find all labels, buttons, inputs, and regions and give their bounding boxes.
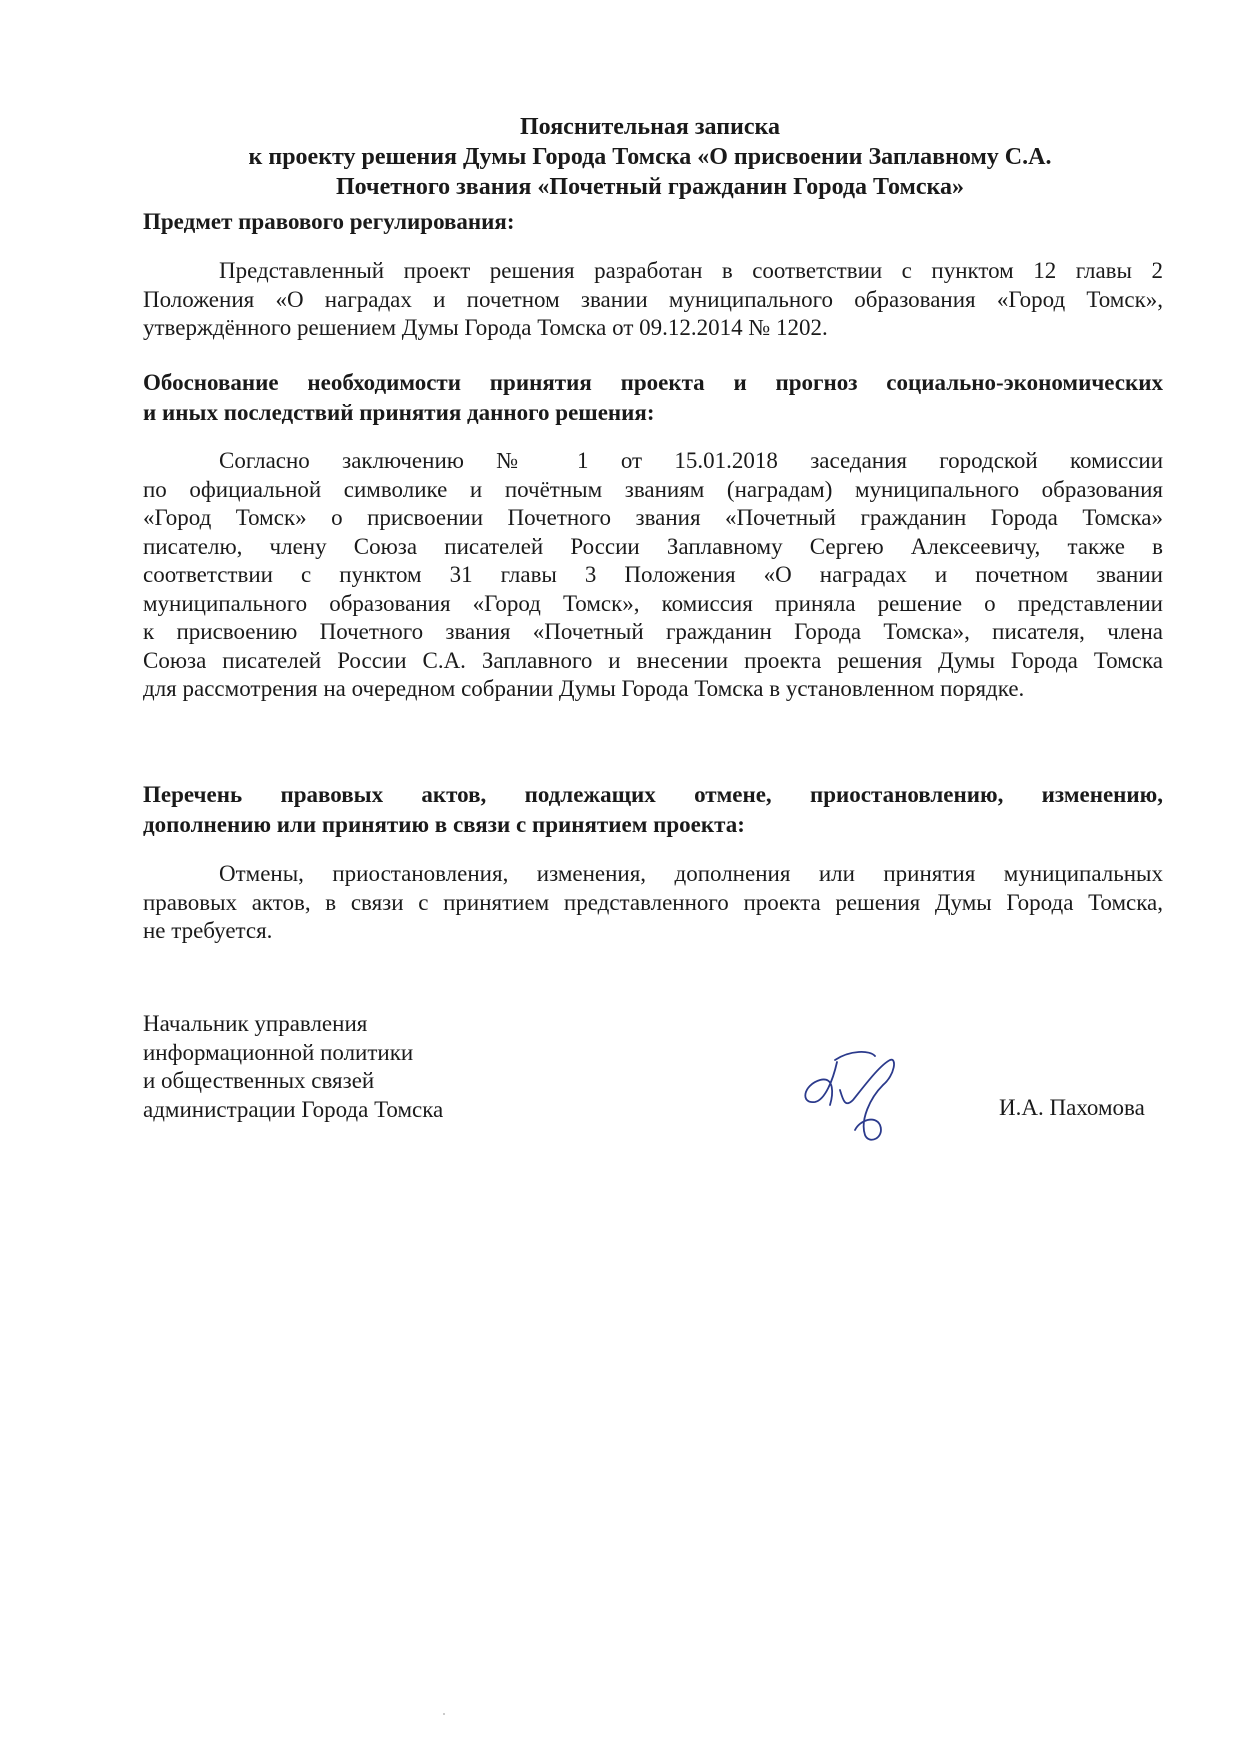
document-page: Пояснительная записка к проекту решения … <box>0 0 1240 1753</box>
section-heading-justification: Обоснование необходимости принятия проек… <box>143 368 1163 428</box>
section-paragraph-subject: Представленный проект решения разработан… <box>143 257 1163 343</box>
section-paragraph-justification: Согласно заключению № 1 от 15.01.2018 за… <box>143 447 1163 704</box>
heading-line: и иных последствий принятия данного реше… <box>143 398 1163 428</box>
paragraph-line: Положения «О наградах и почетном звании … <box>143 286 1163 315</box>
position-line: администрации Города Томска <box>143 1096 443 1125</box>
paragraph-line: писателю, члену Союза писателей России З… <box>143 533 1163 562</box>
position-line: и общественных связей <box>143 1067 443 1096</box>
title-line: Почетного звания «Почетный гражданин Гор… <box>140 172 1160 202</box>
paragraph-line: утверждённого решением Думы Города Томск… <box>143 314 1163 343</box>
heading-line: дополнению или принятию в связи с принят… <box>143 810 1163 840</box>
paragraph-line: Отмены, приостановления, изменения, допо… <box>143 860 1163 889</box>
section-heading-subject: Предмет правового регулирования: <box>143 207 1163 237</box>
signatory-position: Начальник управления информационной поли… <box>143 1010 443 1124</box>
heading-line: Обоснование необходимости принятия проек… <box>143 368 1163 398</box>
paragraph-line: правовых актов, в связи с принятием пред… <box>143 889 1163 918</box>
paragraph-line: для рассмотрения на очередном собрании Д… <box>143 675 1163 704</box>
position-line: информационной политики <box>143 1039 443 1068</box>
title-line: к проекту решения Думы Города Томска «О … <box>140 142 1160 172</box>
scan-artifact <box>355 822 357 824</box>
handwritten-signature-icon <box>795 1040 905 1150</box>
position-line: Начальник управления <box>143 1010 443 1039</box>
section-heading-legal-acts: Перечень правовых актов, подлежащих отме… <box>143 780 1163 840</box>
paragraph-line: к присвоению Почетного звания «Почетный … <box>143 618 1163 647</box>
paragraph-line: «Город Томск» о присвоении Почетного зва… <box>143 504 1163 533</box>
paragraph-line: не требуется. <box>143 917 1163 946</box>
paragraph-line: Согласно заключению № 1 от 15.01.2018 за… <box>143 447 1163 476</box>
title-line: Пояснительная записка <box>140 112 1160 142</box>
signatory-name: И.А. Пахомова <box>999 1095 1145 1121</box>
paragraph-line: Союза писателей России С.А. Заплавного и… <box>143 647 1163 676</box>
scan-artifact <box>443 1713 445 1715</box>
paragraph-line: Представленный проект решения разработан… <box>143 257 1163 286</box>
document-title: Пояснительная записка к проекту решения … <box>140 112 1160 202</box>
paragraph-line: соответствии с пунктом 31 главы 3 Положе… <box>143 561 1163 590</box>
heading-line: Предмет правового регулирования: <box>143 207 1163 237</box>
heading-line: Перечень правовых актов, подлежащих отме… <box>143 780 1163 810</box>
paragraph-line: по официальной символике и почётным зван… <box>143 476 1163 505</box>
section-paragraph-legal-acts: Отмены, приостановления, изменения, допо… <box>143 860 1163 946</box>
paragraph-line: муниципального образования «Город Томск»… <box>143 590 1163 619</box>
